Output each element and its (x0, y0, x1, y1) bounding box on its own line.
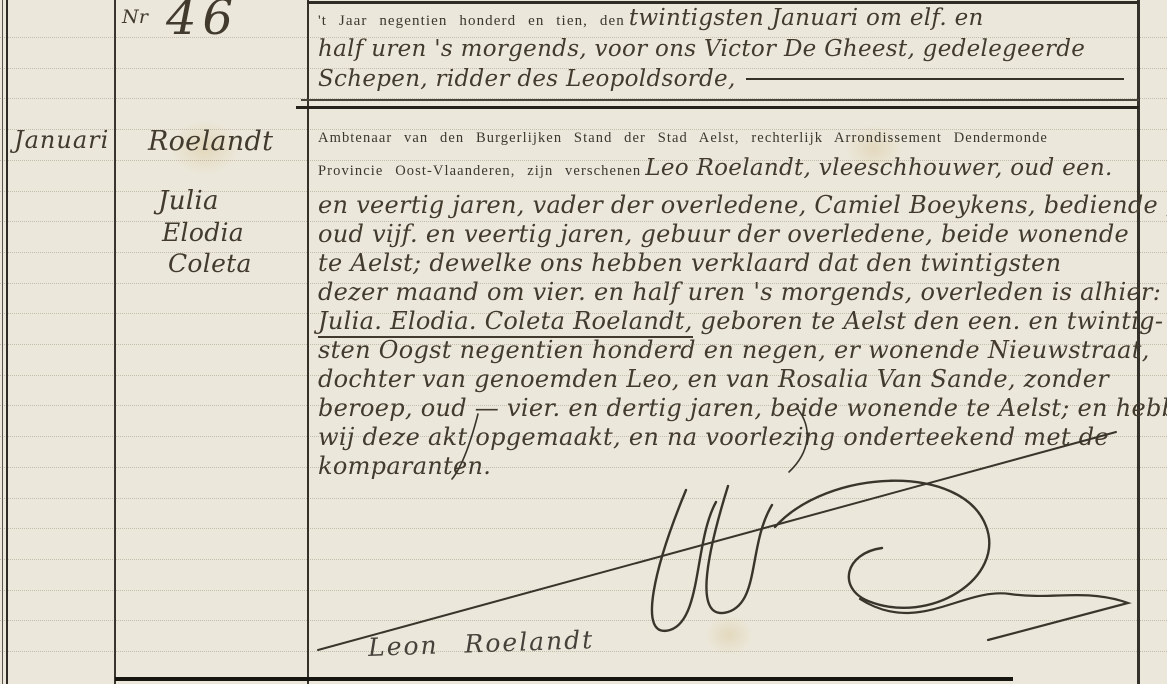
body-script-line: beroep, oud — vier. en dertig jaren, bei… (318, 394, 1130, 423)
header-line-1: 't Jaar negentien honderd en tien, den t… (318, 5, 1130, 36)
declarant-signature: Leon Roelandt (368, 625, 595, 662)
header-script-date: twintigsten Januari om elf. en (629, 5, 984, 31)
deceased-full-name-underlined: Julia. Elodia. Coleta Roelandt, (318, 307, 693, 338)
body-line-2: Provincie Oost-Vlaanderen, zijn verschen… (318, 155, 1130, 185)
record-number-label: Nr (122, 6, 148, 28)
deceased-given-name: Julia (158, 186, 219, 216)
body-printed-line1: Ambtenaar van den Burgerlijken Stand der… (318, 130, 1130, 147)
body-script-line: komparanten. (318, 452, 1130, 481)
text-layer: Januari Nr 46 Roelandt Julia Elodia Cole… (0, 0, 1167, 684)
filler-dash (746, 78, 1124, 80)
deceased-given-name: Elodia (162, 218, 244, 247)
body-script-line-deceased-name: Julia. Elodia. Coleta Roelandt, geboren … (318, 307, 1130, 336)
body-script-line: wij deze akt opgemaakt, en na voorlezing… (318, 423, 1130, 452)
body-script-line: sten Oogst negentien honderd en negen, e… (318, 336, 1130, 365)
header-printed-intro: 't Jaar negentien honderd en tien, den (318, 13, 625, 30)
record-number-value: 46 (166, 0, 239, 46)
body-script-line: en veertig jaren, vader der overledene, … (318, 191, 1130, 220)
body-printed-line2: Provincie Oost-Vlaanderen, zijn verschen… (318, 163, 641, 180)
body-script-line: dochter van genoemden Leo, en van Rosali… (318, 365, 1130, 394)
deceased-given-name: Coleta (168, 249, 252, 278)
body-script-line2: Leo Roelandt, vleeschhouwer, oud een. (645, 155, 1112, 181)
header-line-2: half uren 's morgends, voor ons Victor D… (318, 36, 1130, 67)
register-page: Januari Nr 46 Roelandt Julia Elodia Cole… (0, 0, 1167, 684)
header-box: 't Jaar negentien honderd en tien, den t… (318, 5, 1130, 97)
header-script-line3: Schepen, ridder des Leopoldsorde, (318, 66, 736, 92)
body-script-lines: en veertig jaren, vader der overledene, … (318, 191, 1130, 481)
body-script-line: te Aelst; dewelke ons hebben verklaard d… (318, 249, 1130, 278)
margin-month: Januari (14, 126, 109, 154)
body-script-line: oud vijf. en veertig jaren, gebuur der o… (318, 220, 1130, 249)
body-script-after-name: geboren te Aelst den een. en twintig- (693, 307, 1164, 335)
header-script-line2: half uren 's morgends, voor ons Victor D… (318, 36, 1085, 62)
header-line-3: Schepen, ridder des Leopoldsorde, (318, 66, 1130, 97)
act-body: Ambtenaar van den Burgerlijken Stand der… (318, 130, 1130, 481)
body-script-line: dezer maand om vier. en half uren 's mor… (318, 278, 1130, 307)
deceased-surname: Roelandt (148, 126, 273, 157)
